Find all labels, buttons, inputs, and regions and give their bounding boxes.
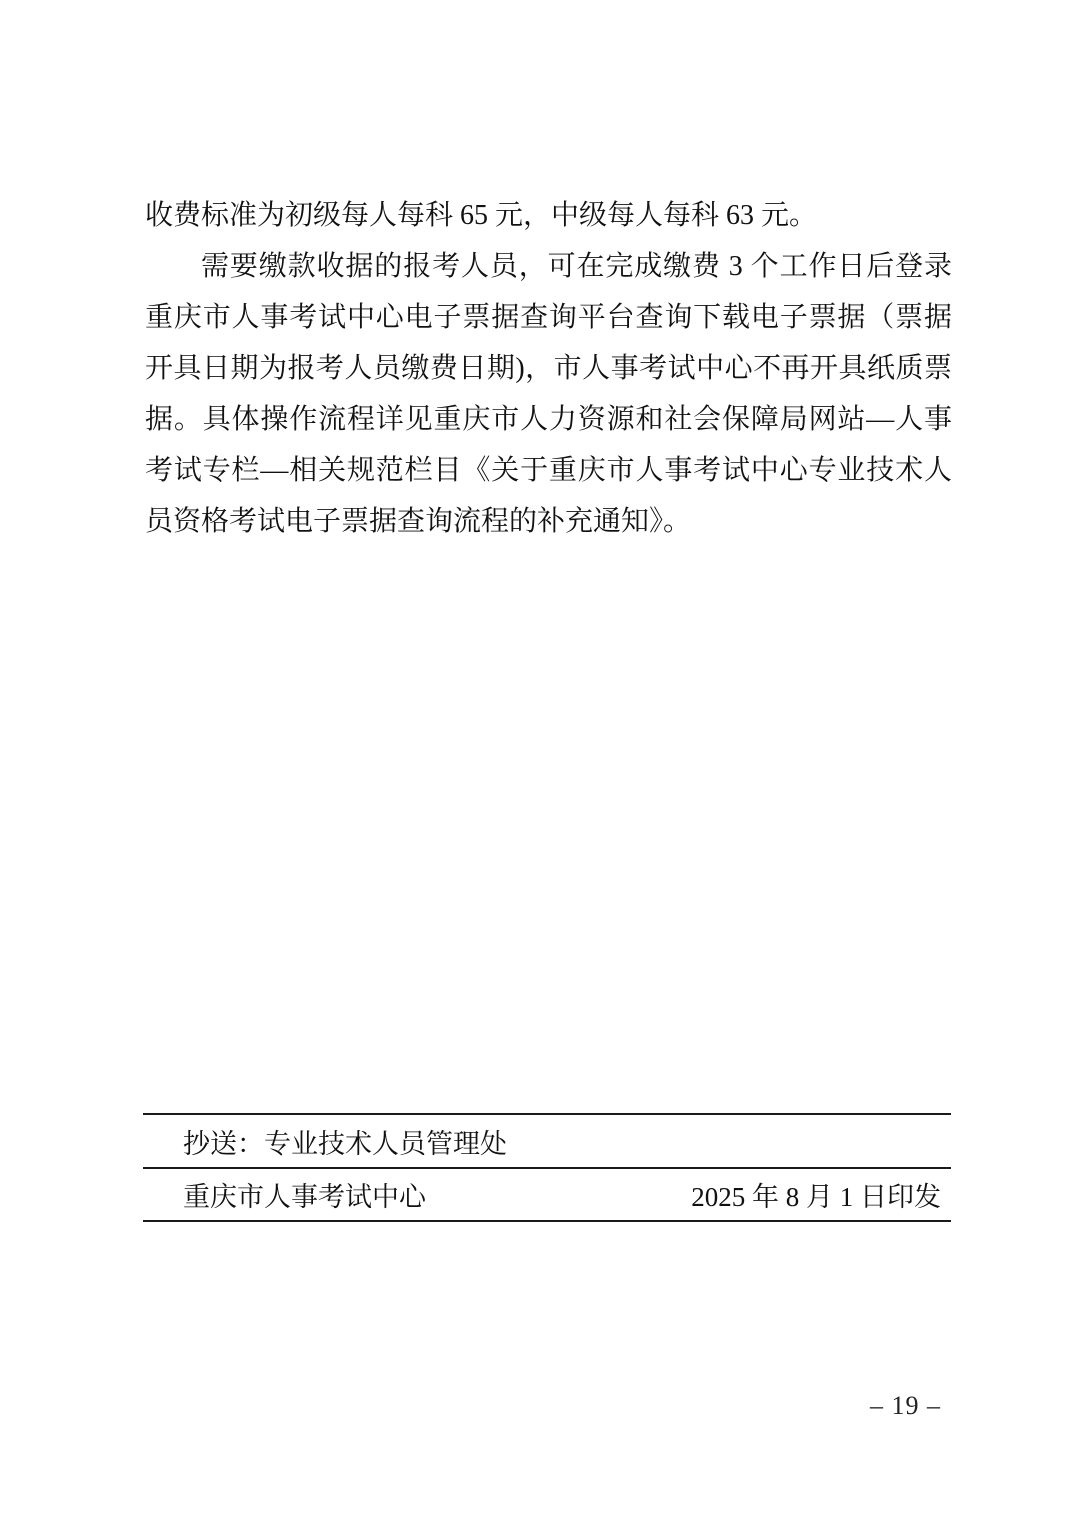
document-footer: 抄送：专业技术人员管理处 重庆市人事考试中心 2025 年 8 月 1 日印发 — [143, 1113, 951, 1222]
issuer-name: 重庆市人事考试中心 — [183, 1175, 426, 1214]
issue-row: 重庆市人事考试中心 2025 年 8 月 1 日印发 — [143, 1169, 951, 1220]
footer-divider-bottom — [143, 1220, 951, 1222]
body-line: 据。具体操作流程详见重庆市人力资源和社会保障局网站—人事 — [145, 394, 952, 445]
body-line: 重庆市人事考试中心电子票据查询平台查询下载电子票据（票据 — [145, 292, 952, 343]
issue-date: 2025 年 8 月 1 日印发 — [691, 1175, 941, 1214]
body-line: 开具日期为报考人员缴费日期)，市人事考试中心不再开具纸质票 — [145, 343, 952, 394]
body-line: 收费标准为初级每人每科 65 元，中级每人每科 63 元。 — [145, 190, 952, 241]
body-line: 员资格考试电子票据查询流程的补充通知》。 — [145, 496, 952, 547]
body-line: 考试专栏—相关规范栏目《关于重庆市人事考试中心专业技术人 — [145, 445, 952, 496]
body-line: 需要缴款收据的报考人员，可在完成缴费 3 个工作日后登录 — [145, 241, 952, 292]
document-page: 收费标准为初级每人每科 65 元，中级每人每科 63 元。需要缴款收据的报考人员… — [0, 0, 1074, 1520]
page-number: – 19 – — [870, 1393, 941, 1419]
cc-row: 抄送：专业技术人员管理处 — [143, 1115, 951, 1167]
document-body: 收费标准为初级每人每科 65 元，中级每人每科 63 元。需要缴款收据的报考人员… — [145, 190, 952, 547]
cc-label: 抄送：专业技术人员管理处 — [183, 1122, 507, 1161]
